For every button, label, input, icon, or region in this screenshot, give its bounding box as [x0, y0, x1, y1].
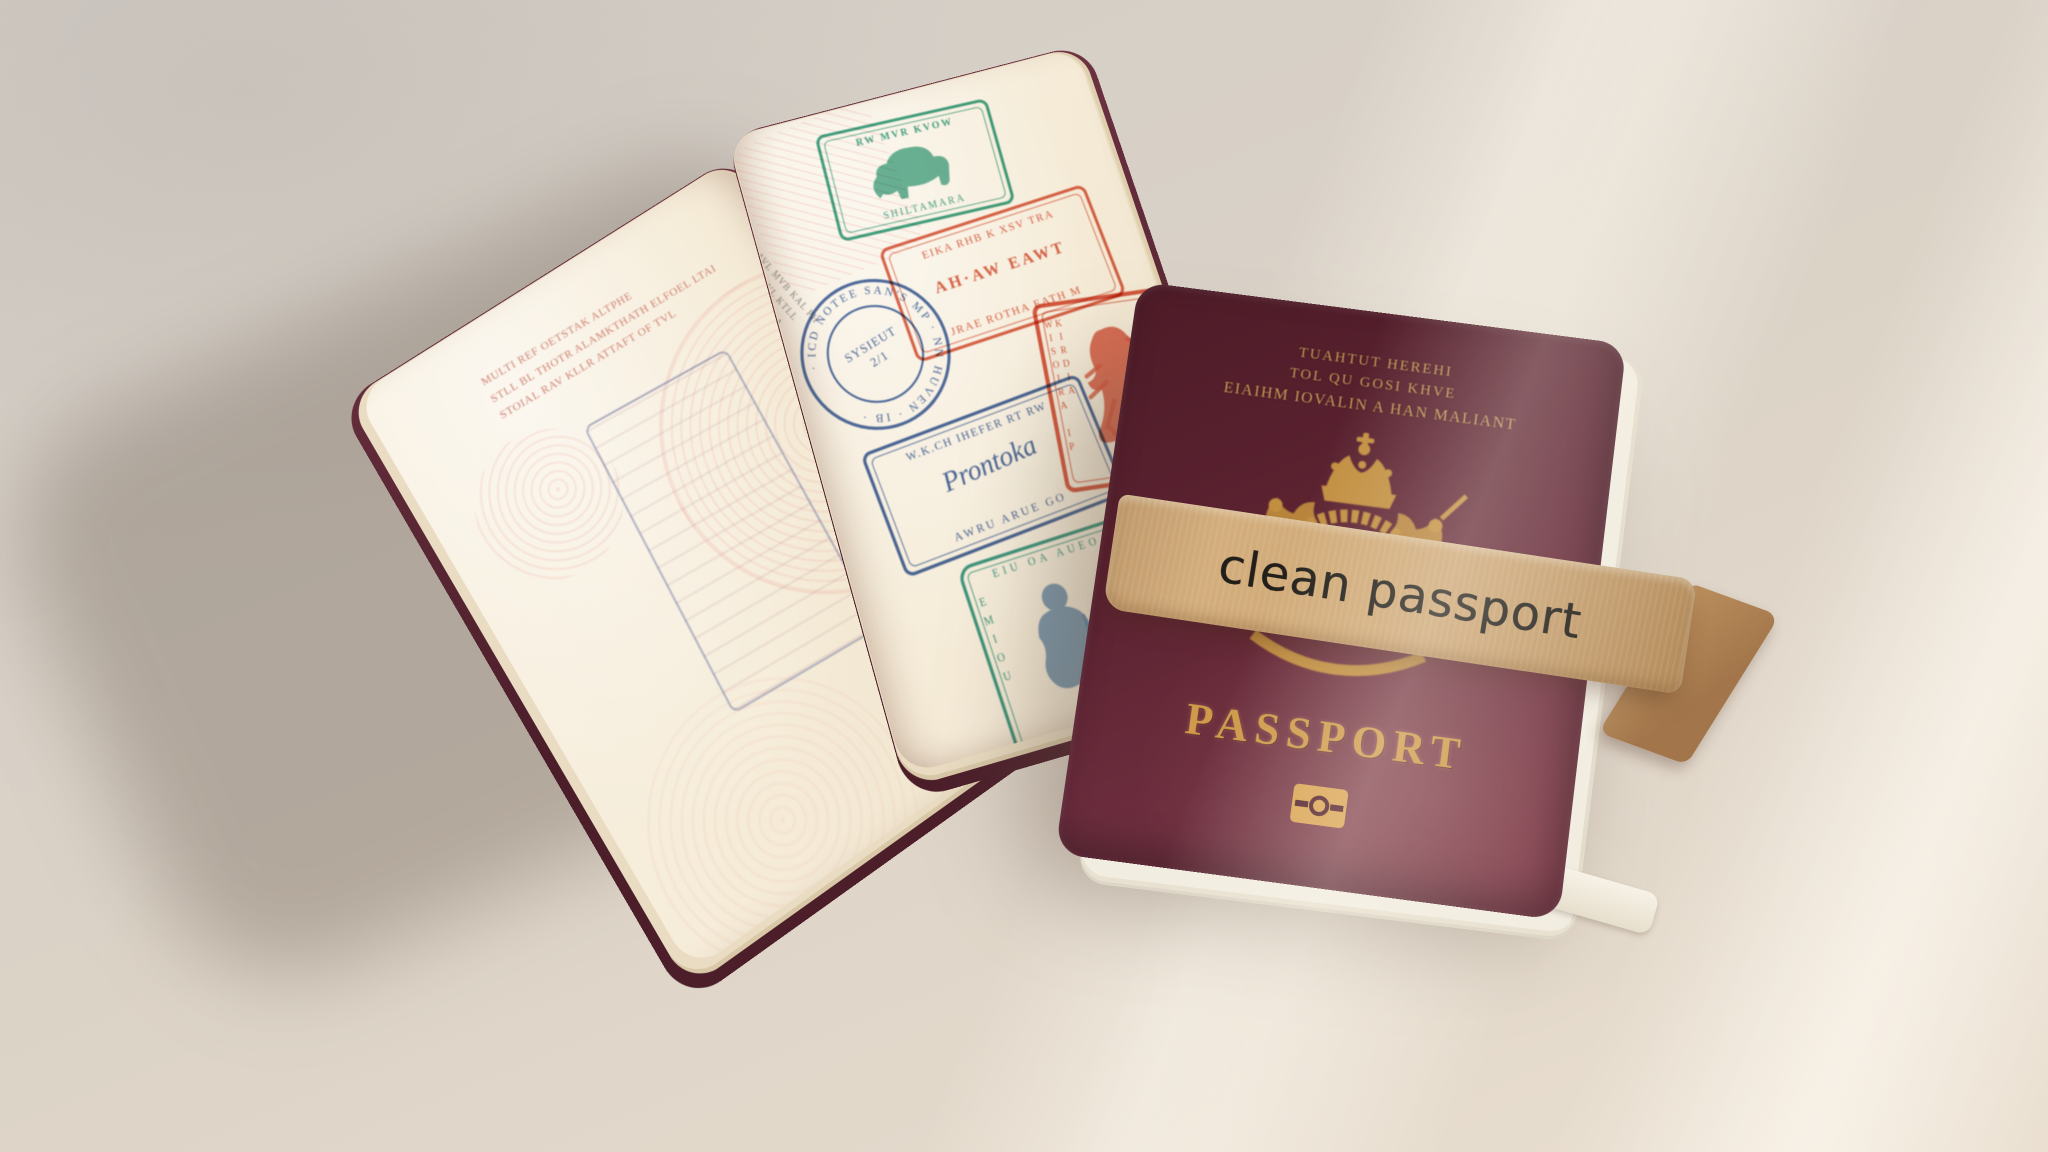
biometric-chip-icon	[1288, 782, 1350, 830]
scene: MULTI REF OETSTAK ALTPHE STLL BL THOTR A…	[0, 0, 2048, 1152]
passport-title: PASSPORT	[1073, 678, 1580, 795]
